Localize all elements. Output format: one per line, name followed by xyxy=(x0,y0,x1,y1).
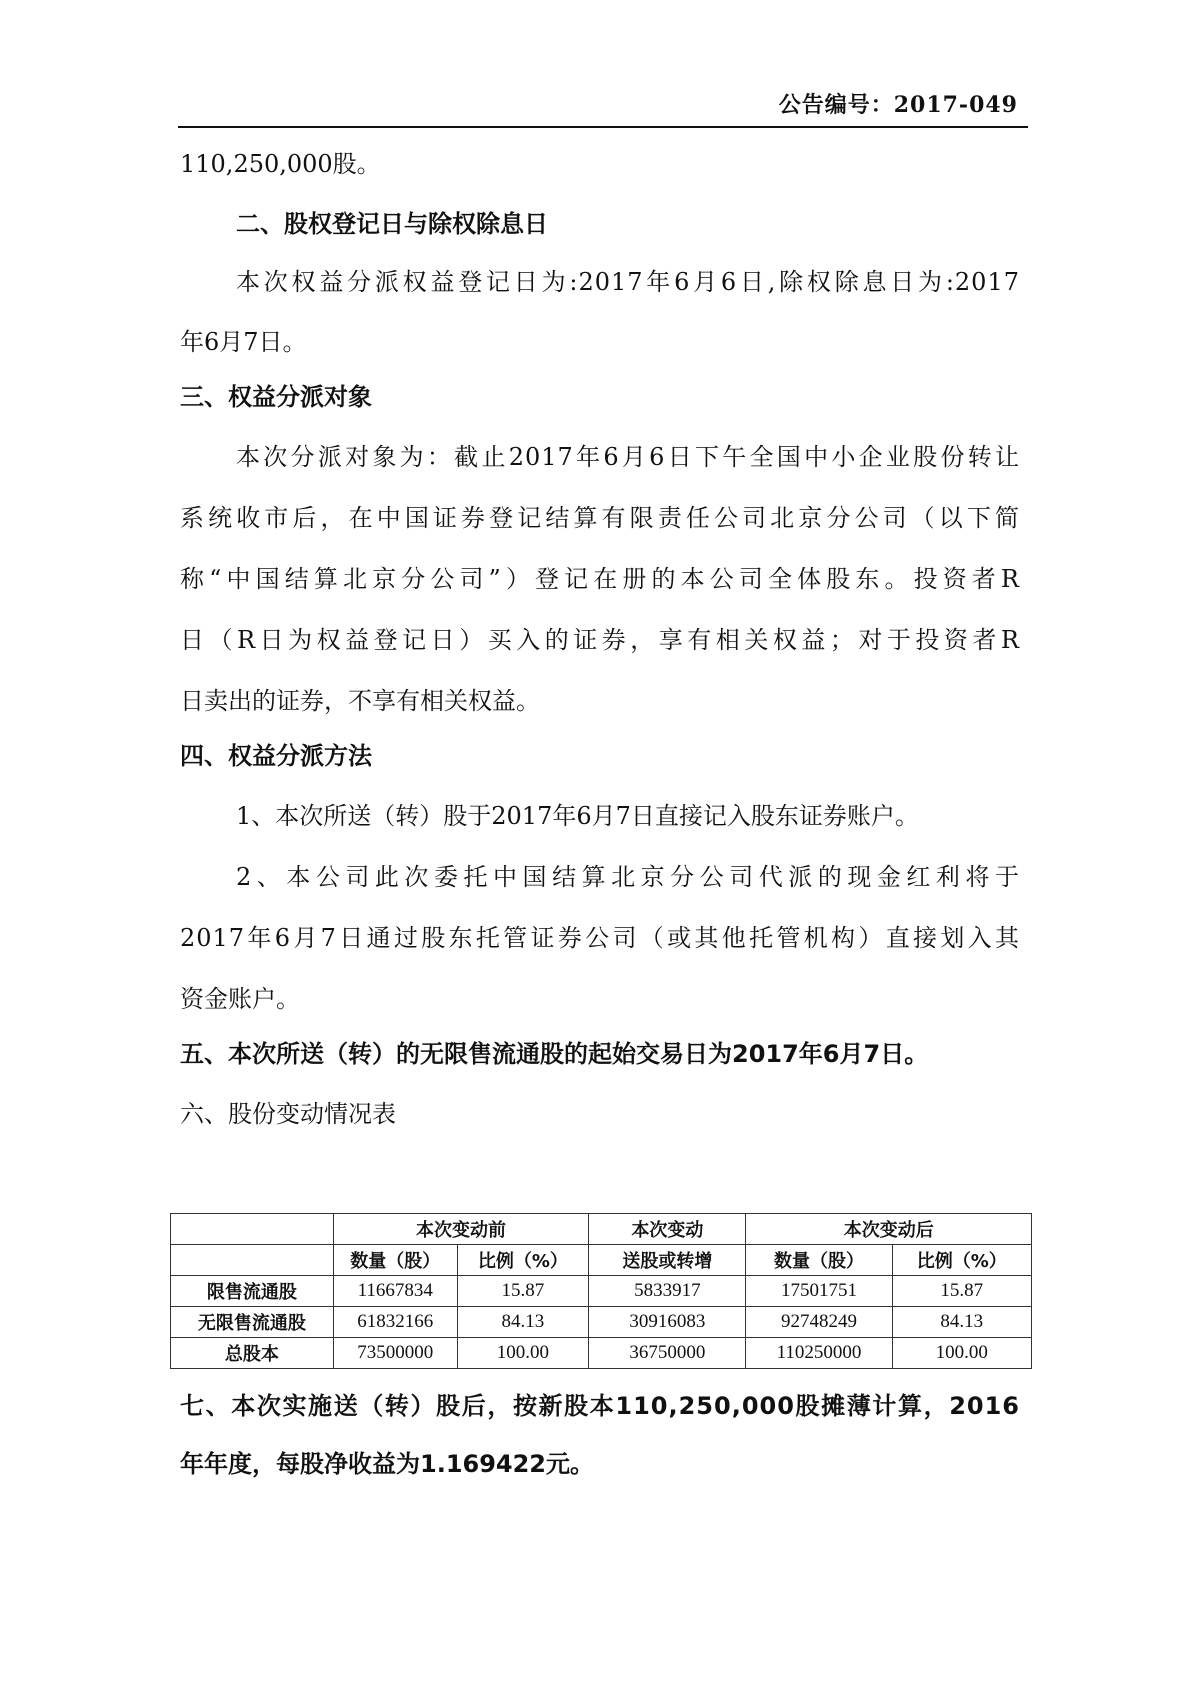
section3-line: 称“中国结算北京分公司”）登记在册的本公司全体股东。投资者R xyxy=(180,563,1020,595)
section4-item2-line: 资金账户。 xyxy=(180,983,1020,1015)
section3-line: 系统收市后，在中国证券登记结算有限责任公司北京分公司（以下简 xyxy=(180,502,1020,534)
section2-para-line2: 年6月7日。 xyxy=(180,326,1020,358)
page-header: 公告编号：2017-049 xyxy=(178,82,1028,128)
table-cell: 61832166 xyxy=(333,1307,457,1338)
table-sub-header: 比例（%） xyxy=(457,1245,589,1276)
section4-item2-line: 2、本公司此次委托中国结算北京分公司代派的现金红利将于 xyxy=(180,861,1020,893)
section4-item2-line: 2017年6月7日通过股东托管证券公司（或其他托管机构）直接划入其 xyxy=(180,922,1020,954)
table-group-header: 本次变动 xyxy=(589,1214,746,1245)
section2-para-line1: 本次权益分派权益登记日为:2017年6月6日,除权除息日为:2017 xyxy=(180,266,1020,298)
table-cell: 5833917 xyxy=(589,1276,746,1307)
table-corner-cell xyxy=(171,1214,334,1245)
table-cell: 30916083 xyxy=(589,1307,746,1338)
table-sub-header-row: 数量（股） 比例（%） 送股或转增 数量（股） 比例（%） xyxy=(171,1245,1032,1276)
table-group-header: 本次变动前 xyxy=(333,1214,588,1245)
section7-line2: 年年度，每股净收益为1.169422元。 xyxy=(180,1448,1020,1480)
shares-total-line: 110,250,000股。 xyxy=(180,148,1020,180)
announcement-number: 公告编号：2017-049 xyxy=(779,88,1018,119)
share-change-table: 本次变动前 本次变动 本次变动后 数量（股） 比例（%） 送股或转增 数量（股）… xyxy=(170,1213,1032,1369)
row-label: 限售流通股 xyxy=(171,1276,334,1307)
table-group-header: 本次变动后 xyxy=(746,1214,1032,1245)
table-cell: 84.13 xyxy=(457,1307,589,1338)
section3-line: 本次分派对象为：截止2017年6月6日下午全国中小企业股份转让 xyxy=(180,441,1020,473)
section5-title: 五、本次所送（转）的无限售流通股的起始交易日为2017年6月7日。 xyxy=(180,1038,1020,1070)
section4-title: 四、权益分派方法 xyxy=(180,740,1020,772)
table-cell: 15.87 xyxy=(457,1276,589,1307)
table-cell: 15.87 xyxy=(892,1276,1031,1307)
row-label: 无限售流通股 xyxy=(171,1307,334,1338)
table-cell: 110250000 xyxy=(746,1338,892,1369)
table-group-header-row: 本次变动前 本次变动 本次变动后 xyxy=(171,1214,1032,1245)
section7-line1: 七、本次实施送（转）股后，按新股本110,250,000股摊薄计算，2016 xyxy=(180,1390,1020,1422)
table-cell: 92748249 xyxy=(746,1307,892,1338)
table-cell: 36750000 xyxy=(589,1338,746,1369)
table-row: 总股本 73500000 100.00 36750000 110250000 1… xyxy=(171,1338,1032,1369)
table-sub-header: 数量（股） xyxy=(333,1245,457,1276)
section2-title: 二、股权登记日与除权除息日 xyxy=(180,208,1020,240)
section4-item1: 1、本次所送（转）股于2017年6月7日直接记入股东证券账户。 xyxy=(180,800,1020,832)
table-cell: 17501751 xyxy=(746,1276,892,1307)
table-sub-header: 数量（股） xyxy=(746,1245,892,1276)
section3-line: 日卖出的证券，不享有相关权益。 xyxy=(180,685,1020,717)
table-cell: 100.00 xyxy=(457,1338,589,1369)
row-label: 总股本 xyxy=(171,1338,334,1369)
table-cell: 84.13 xyxy=(892,1307,1031,1338)
table-cell: 11667834 xyxy=(333,1276,457,1307)
section3-line: 日（R日为权益登记日）买入的证券，享有相关权益；对于投资者R xyxy=(180,624,1020,656)
table-cell: 73500000 xyxy=(333,1338,457,1369)
section6-title: 六、股份变动情况表 xyxy=(180,1098,1020,1130)
table-cell: 100.00 xyxy=(892,1338,1031,1369)
table-sub-header: 送股或转增 xyxy=(589,1245,746,1276)
table-row: 无限售流通股 61832166 84.13 30916083 92748249 … xyxy=(171,1307,1032,1338)
section3-title: 三、权益分派对象 xyxy=(180,381,1020,413)
table-sub-header: 比例（%） xyxy=(892,1245,1031,1276)
table-corner-cell xyxy=(171,1245,334,1276)
table-row: 限售流通股 11667834 15.87 5833917 17501751 15… xyxy=(171,1276,1032,1307)
